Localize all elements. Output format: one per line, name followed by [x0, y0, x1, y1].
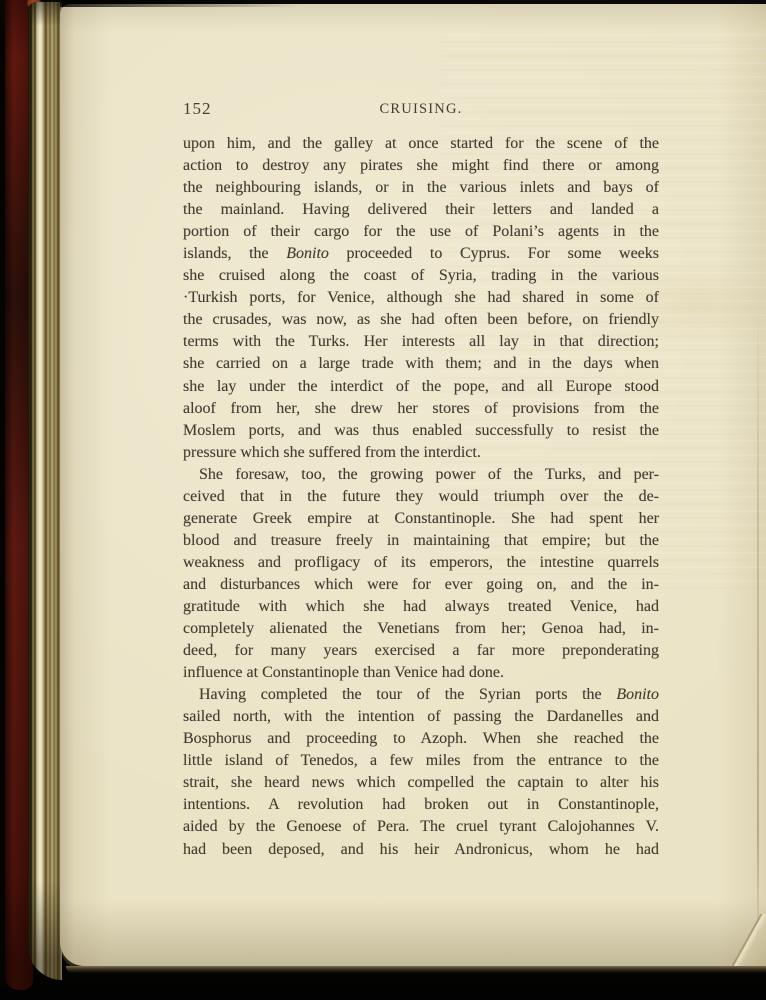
text-line: islands, the Bonito proceeded to Cyprus.…	[183, 243, 659, 265]
text-line: influence at Constantinople than Venice …	[183, 662, 659, 684]
text-line: ·Turkish ports, for Venice, although she…	[183, 287, 659, 309]
text-line: little island of Tenedos, a few miles fr…	[183, 750, 659, 772]
text-line: strait, she heard news which compelled t…	[183, 772, 659, 794]
top-shadow	[60, 0, 300, 7]
text-line: the mainland. Having delivered their let…	[183, 199, 659, 221]
text-line: completely alienated the Venetians from …	[183, 618, 659, 640]
page-text: upon him, and the galley at once started…	[183, 133, 659, 861]
text-line: aloof from her, she drew her stores of p…	[183, 398, 659, 420]
text-line: deed, for many years exercised a far mor…	[183, 640, 659, 662]
text-line: generate Greek empire at Constantinople.…	[183, 508, 659, 530]
text-line: Bosphorus and proceeding to Azoph. When …	[183, 728, 659, 750]
text-line: aided by the Genoese of Pera. The cruel …	[183, 816, 659, 838]
page-crease	[757, 304, 759, 952]
page-edge-stack	[28, 2, 62, 980]
text-line: Moslem ports, and was thus enabled succe…	[183, 420, 659, 442]
text-line: gratitude with which she had always trea…	[183, 596, 659, 618]
text-line: upon him, and the galley at once started…	[183, 133, 659, 155]
text-line: she lay under the interdict of the pope,…	[183, 376, 659, 398]
text-line: ceived that in the future they would tri…	[183, 486, 659, 508]
page-header: 152 CRUISING.	[183, 99, 659, 119]
page-bottom-edge	[66, 966, 766, 974]
text-line: she cruised along the coast of Syria, tr…	[183, 265, 659, 287]
running-title: CRUISING.	[183, 101, 659, 118]
text-line: the crusades, was now, as she had often …	[183, 309, 659, 331]
text-line: portion of their cargo for the use of Po…	[183, 221, 659, 243]
corner-fold	[732, 914, 766, 966]
text-line: and disturbances which were for ever goi…	[183, 574, 659, 596]
text-line: pressure which she suffered from the int…	[183, 442, 659, 464]
text-line: intentions. A revolution had broken out …	[183, 794, 659, 816]
book-page: 152 CRUISING. upon him, and the galley a…	[60, 4, 766, 966]
text-line: the neighbouring islands, or in the vari…	[183, 177, 659, 199]
book-photo-scene: 152 CRUISING. upon him, and the galley a…	[0, 0, 766, 1000]
text-line: blood and treasure freely in maintaining…	[183, 530, 659, 552]
text-line: sailed north, with the intention of pass…	[183, 706, 659, 728]
text-line: Having completed the tour of the Syrian …	[183, 684, 659, 706]
text-line: She foresaw, too, the growing power of t…	[183, 464, 659, 486]
text-line: weakness and profligacy of its emperors,…	[183, 552, 659, 574]
text-line: action to destroy any pirates she might …	[183, 155, 659, 177]
text-line: she carried on a large trade with them; …	[183, 353, 659, 375]
text-line: had been deposed, and his heir Andronicu…	[183, 839, 659, 861]
text-line: terms with the Turks. Her interests all …	[183, 331, 659, 353]
